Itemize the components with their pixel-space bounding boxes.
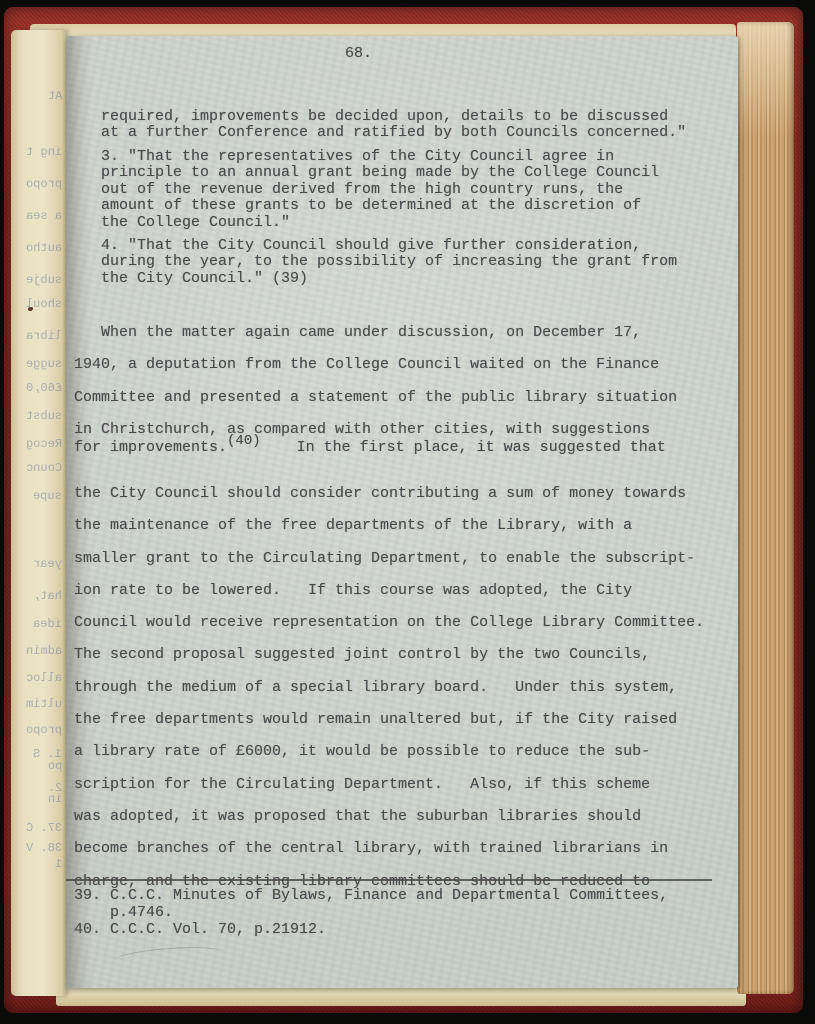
text-line: was adopted, it was proposed that the su… bbox=[74, 801, 704, 833]
footnote-line: 39. C.C.C. Minutes of Bylaws, Finance an… bbox=[74, 887, 668, 904]
bleedthrough-fragment: a sea bbox=[26, 210, 62, 222]
text-line: smaller grant to the Circulating Departm… bbox=[74, 543, 704, 575]
text-line: required, improvements be decided upon, … bbox=[101, 109, 686, 125]
footnote-separator bbox=[66, 879, 712, 881]
body-paragraph-part2: the City Council should consider contrib… bbox=[74, 478, 704, 898]
text-line: Council would receive representation on … bbox=[74, 607, 704, 639]
bleedthrough-fragment: year bbox=[33, 558, 62, 570]
bleedthrough-fragment: ultim bbox=[26, 698, 62, 710]
text-line: ion rate to be lowered. If this course w… bbox=[74, 575, 704, 607]
page-number: 68. bbox=[345, 45, 372, 62]
text-line: 4. "That the City Council should give fu… bbox=[101, 238, 677, 254]
footnotes: 39. C.C.C. Minutes of Bylaws, Finance an… bbox=[74, 887, 668, 939]
bleedthrough-fragment: Recog bbox=[26, 438, 62, 450]
bleedthrough-fragment: 1 bbox=[55, 858, 62, 870]
text-line: principle to an annual grant being made … bbox=[101, 165, 659, 181]
bleedthrough-fragment: propo bbox=[26, 724, 62, 736]
bleedthrough-fragment: libra bbox=[26, 330, 62, 342]
text-line: a library rate of £6000, it would be pos… bbox=[74, 736, 704, 768]
quoted-resolution-continuation: required, improvements be decided upon, … bbox=[101, 109, 686, 142]
text-line: the maintenance of the free departments … bbox=[74, 510, 704, 542]
text-line: amount of these grants to be determined … bbox=[101, 198, 659, 214]
footnote-line: p.4746. bbox=[74, 904, 668, 921]
text-segment: for improvements. bbox=[74, 439, 227, 456]
bleedthrough-fragment: alloc bbox=[26, 672, 62, 684]
bleedthrough-fragment: £60,0 bbox=[26, 382, 62, 394]
bleedthrough-fragment: At bbox=[48, 90, 62, 102]
text-line: during the year, to the possibility of i… bbox=[101, 254, 677, 270]
bleedthrough-fragment: in bbox=[48, 793, 62, 805]
text-line: Committee and presented a statement of t… bbox=[74, 382, 677, 414]
text-line: The second proposal suggested joint cont… bbox=[74, 639, 704, 671]
text-line: When the matter again came under discuss… bbox=[74, 317, 677, 349]
text-line: 1940, a deputation from the College Coun… bbox=[74, 349, 677, 381]
bleedthrough-fragment: 37. C bbox=[26, 822, 62, 834]
text-line: the City Council." (39) bbox=[101, 271, 677, 287]
bleedthrough-fragment: ing t bbox=[26, 146, 62, 158]
footnote-marker-40: (40) bbox=[227, 433, 261, 449]
text-line: the City Council should consider contrib… bbox=[74, 478, 704, 510]
text-line: become branches of the central library, … bbox=[74, 833, 704, 865]
document-page: 68. required, improvements be decided up… bbox=[66, 36, 738, 988]
bleedthrough-fragment: propo bbox=[26, 178, 62, 190]
quoted-resolution-4: 4. "That the City Council should give fu… bbox=[101, 238, 677, 287]
text-line: the College Council." bbox=[101, 215, 659, 231]
book-scan-photo: Ating tpropoa seaauthosubjeshoullibrasug… bbox=[0, 0, 815, 1024]
bleedthrough-fragment: sugge bbox=[26, 358, 62, 370]
body-line-with-footnote-marker: for improvements.(40) In the first place… bbox=[74, 439, 666, 471]
bleedthrough-fragment: po bbox=[48, 760, 62, 772]
bleedthrough-fragment: subje bbox=[26, 274, 62, 286]
bleedthrough-fragment: idea bbox=[33, 618, 62, 630]
previous-page-edge: Ating tpropoa seaauthosubjeshoullibrasug… bbox=[11, 30, 66, 996]
bleedthrough-fragment: supe bbox=[33, 490, 62, 502]
quoted-resolution-3: 3. "That the representatives of the City… bbox=[101, 149, 659, 231]
bleedthrough-fragment: subst bbox=[26, 410, 62, 422]
bleedthrough-fragment: Counc bbox=[26, 462, 62, 474]
bleedthrough-fragment: hat, bbox=[33, 590, 62, 602]
page-fore-edge bbox=[737, 22, 794, 994]
bleedthrough-fragment: autho bbox=[26, 242, 62, 254]
body-paragraph-part1: When the matter again came under discuss… bbox=[74, 317, 677, 446]
paper-scratch bbox=[115, 944, 226, 969]
text-segment: In the first place, it was suggested tha… bbox=[261, 439, 666, 456]
bleedthrough-fragment: admin bbox=[26, 645, 62, 657]
text-line: the free departments would remain unalte… bbox=[74, 704, 704, 736]
text-line: scription for the Circulating Department… bbox=[74, 769, 704, 801]
footnote-line: 40. C.C.C. Vol. 70, p.21912. bbox=[74, 921, 668, 938]
text-line: out of the revenue derived from the high… bbox=[101, 182, 659, 198]
text-line: through the medium of a special library … bbox=[74, 672, 704, 704]
text-line: at a further Conference and ratified by … bbox=[101, 125, 686, 141]
text-line: 3. "That the representatives of the City… bbox=[101, 149, 659, 165]
bleedthrough-fragment: 38. V bbox=[26, 842, 62, 854]
